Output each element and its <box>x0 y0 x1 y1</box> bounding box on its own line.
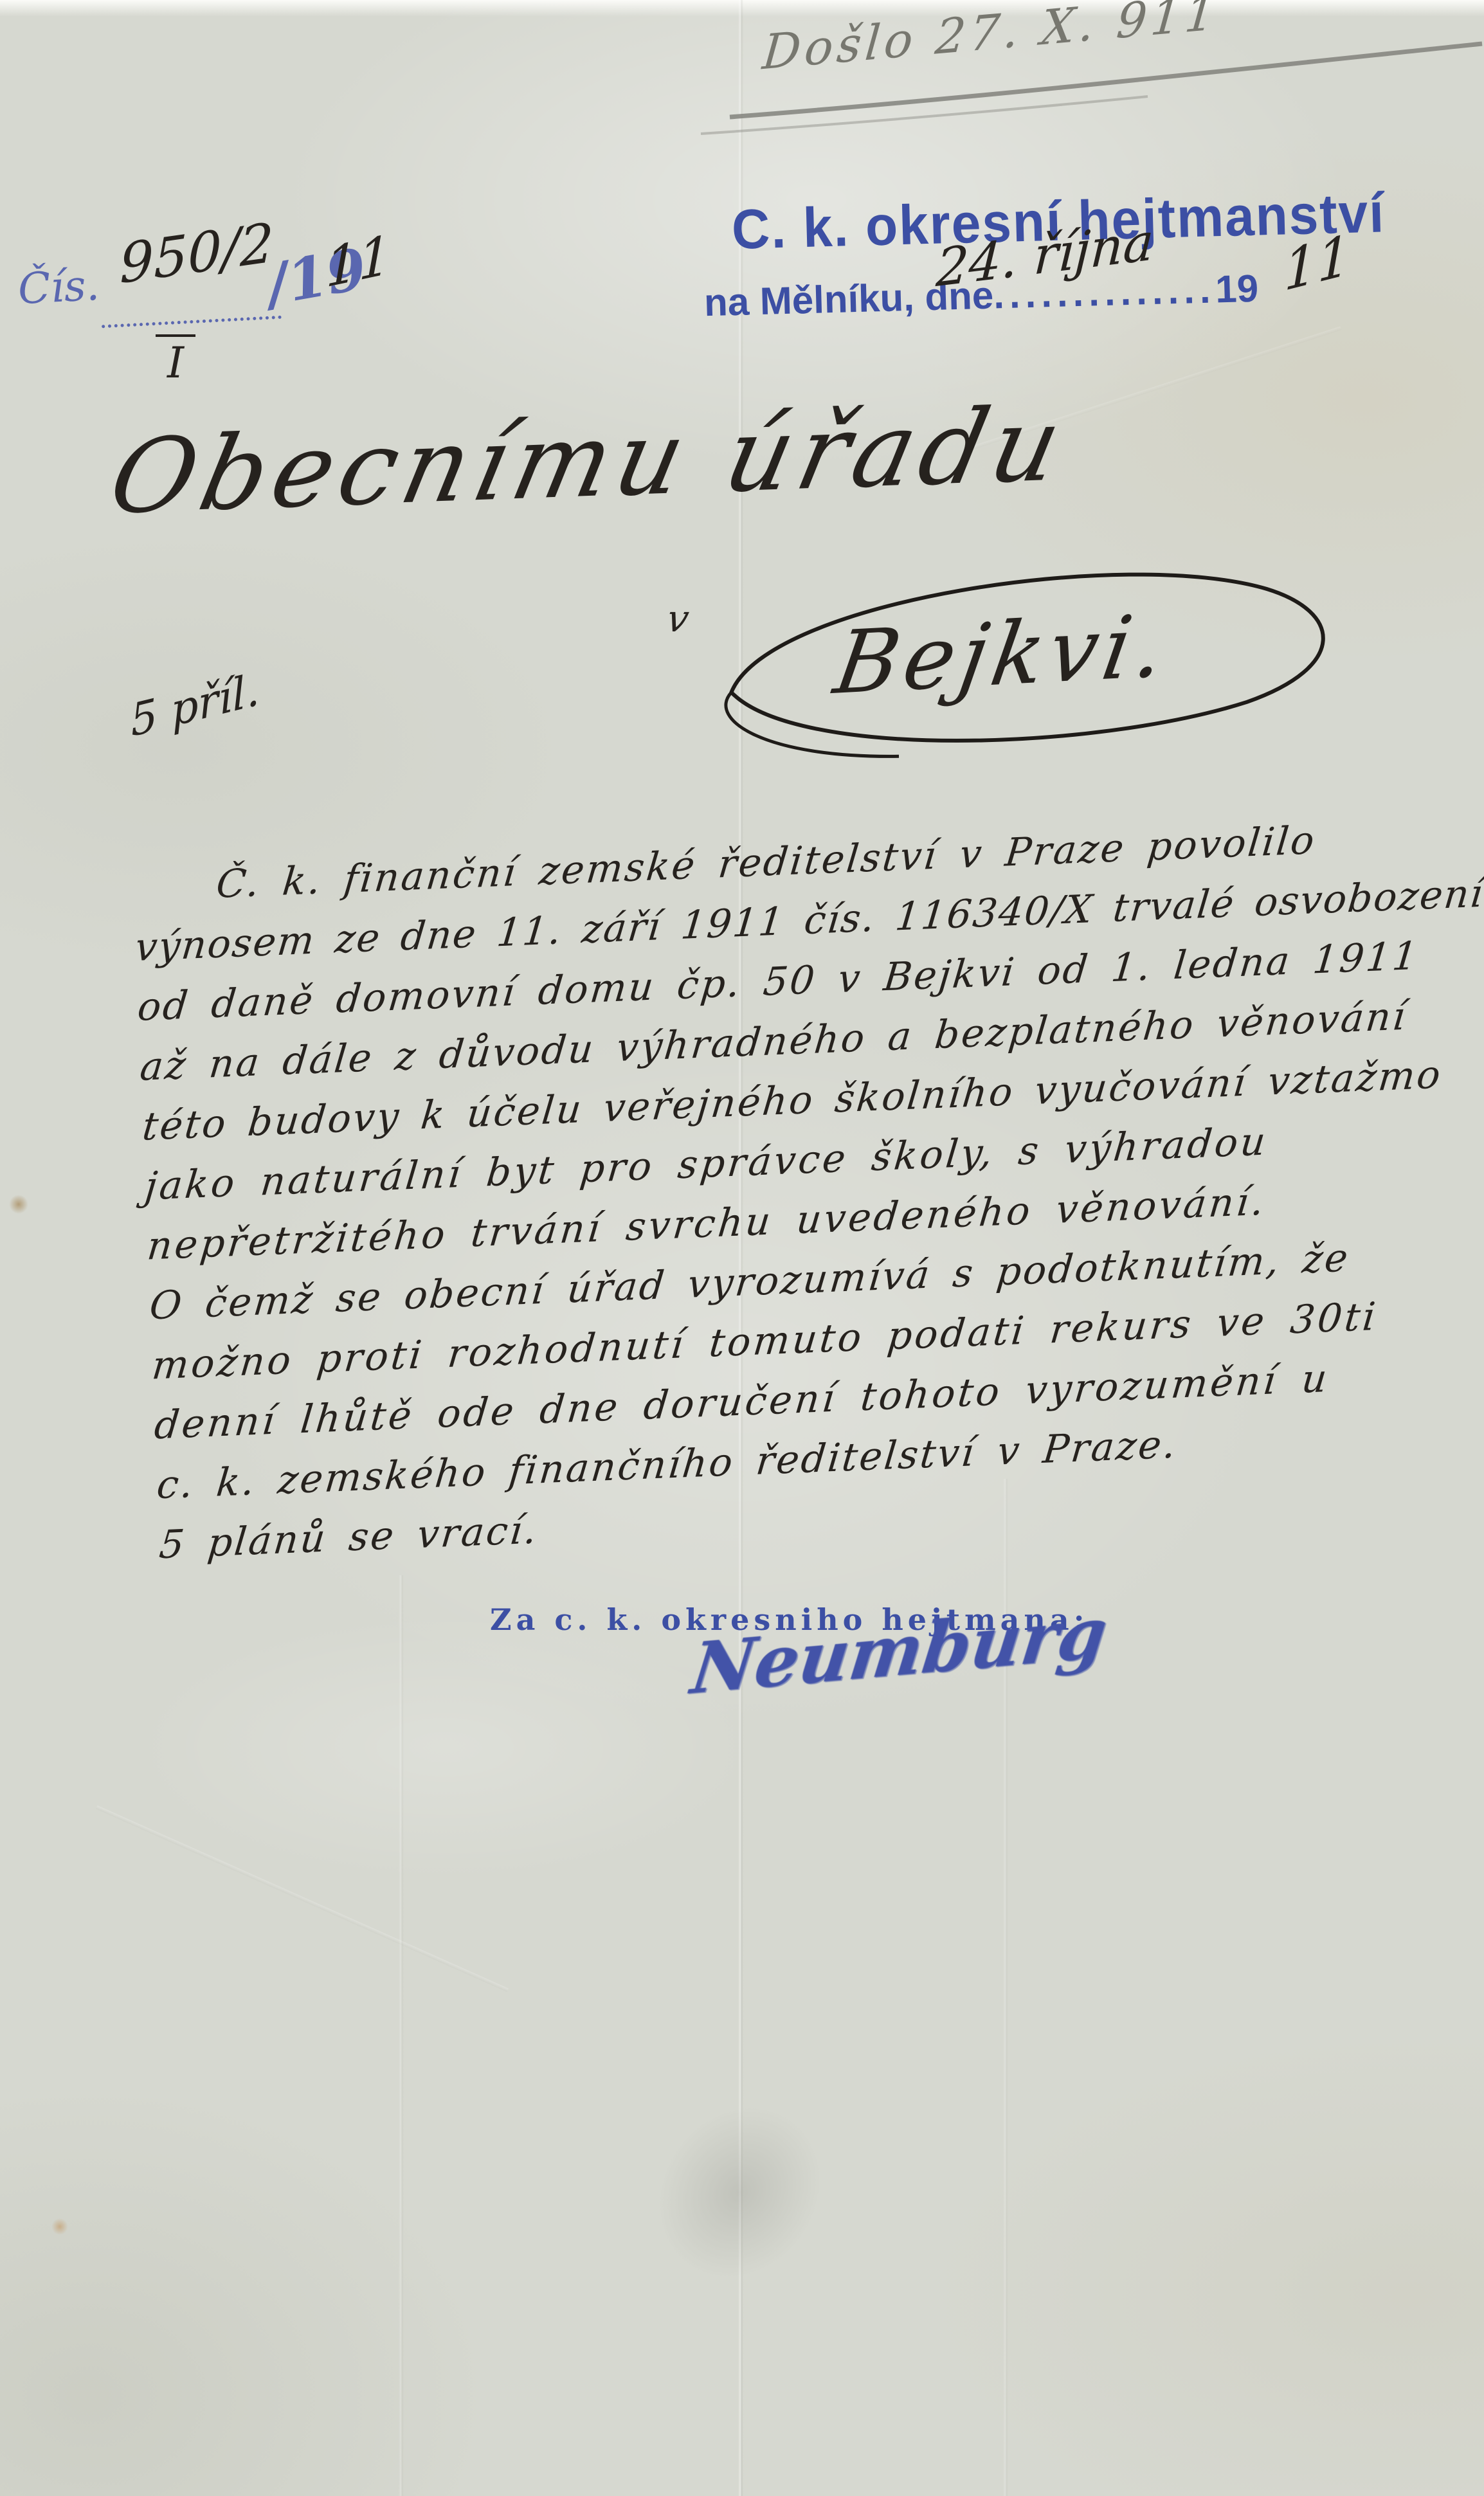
reference-dotted-line <box>102 316 282 329</box>
office-stamp-year: 19 <box>1215 267 1258 311</box>
letter-body: Č. k. finanční zemské ředitelství v Praz… <box>132 805 1484 1575</box>
scanned-letter-page: Došlo 27. X. 911 Čís. 950/2 /19 11 I C. … <box>0 0 1484 2496</box>
paper-crease-vertical-left <box>399 1575 404 2496</box>
reference-year-suffix: 11 <box>325 224 391 300</box>
enclosures-note: 5 příl. <box>129 664 261 748</box>
paper-crease-diagonal-left <box>96 1805 509 1992</box>
flourish-oval <box>670 534 1374 775</box>
reference-number: 950/2 <box>120 211 274 296</box>
paper-smudge <box>624 2074 854 2310</box>
paper-stain-bottom-left <box>51 2218 68 2235</box>
pencil-underline <box>694 19 1484 141</box>
reference-label: Čís. <box>17 260 100 314</box>
paper-stain-left-edge <box>9 1195 28 1214</box>
addressee-line1: Obecnímu úřadu <box>100 384 1078 537</box>
reference-denominator: I <box>156 334 195 388</box>
